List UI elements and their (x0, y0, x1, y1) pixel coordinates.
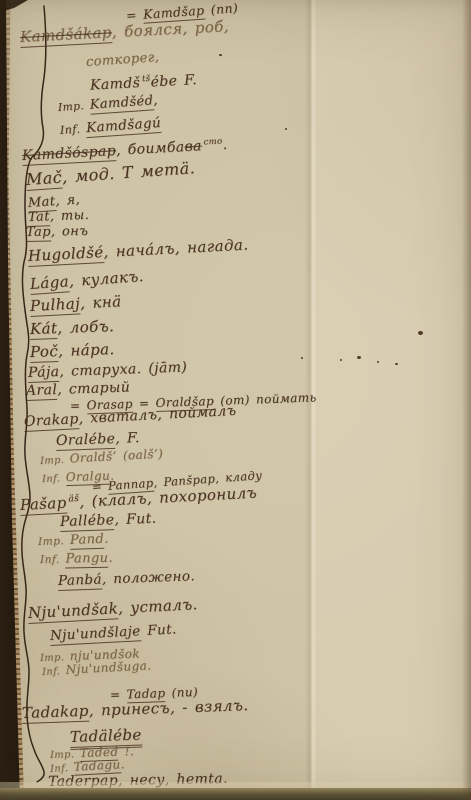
photographed-manuscript-page: = Kamdšap (nn)Kamdšákap, боялся, роб,сот… (0, 0, 471, 800)
ink-speck (357, 356, 361, 359)
ink-speck (377, 361, 379, 363)
ink-speck (301, 357, 303, 359)
ink-speck (340, 359, 342, 361)
dark-table-edge-bottom (0, 788, 471, 800)
ink-speck (285, 128, 287, 130)
right-edge-shadow (462, 0, 471, 800)
ink-specks-layer (0, 0, 471, 800)
ink-speck (395, 363, 398, 365)
ink-speck (219, 54, 222, 56)
ink-speck (418, 331, 423, 335)
